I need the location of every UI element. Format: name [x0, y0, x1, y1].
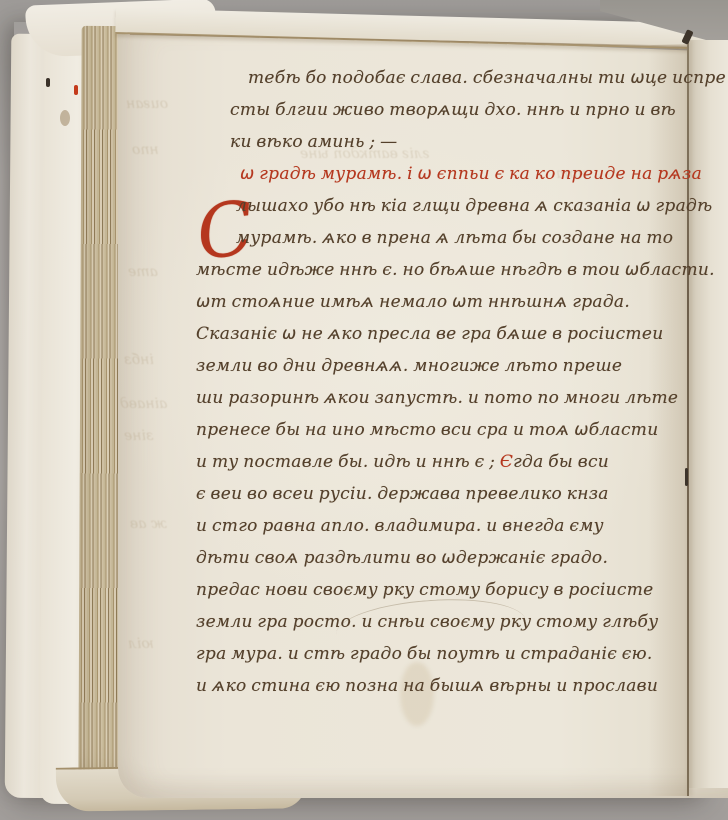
manuscript-line: є веи во всеи русіи. держава превелико к…	[196, 478, 682, 510]
text-segment: ши разоринѣ ѧкои запустѣ. и пото по мног…	[196, 388, 678, 408]
manuscript-line: и стго равна апло. владимира. и внегда є…	[196, 510, 682, 542]
text-segment: Є	[500, 452, 513, 472]
text-segment: гра мура. и стѣ градо бы поутѣ и страдан…	[196, 644, 653, 664]
text-segment: и стго равна апло. владимира. и внегда є…	[196, 516, 604, 536]
text-segment: и ту поставле бы. идѣ и ннѣ є ;	[196, 452, 500, 472]
manuscript-line: ши разоринѣ ѧкои запустѣ. и пото по мног…	[196, 382, 682, 414]
manuscript-line: и ѧко стина єю позна на бышѧ вѣрны и про…	[196, 670, 682, 702]
showthrough-fragment: ж ав	[130, 516, 167, 532]
text-segment: и ѧко стина єю позна на бышѧ вѣрны и про…	[196, 676, 658, 696]
edge-smudge	[60, 110, 70, 126]
manuscript-line: земли во дни древнѧѧ. многиже лѣто преше	[196, 350, 682, 382]
text-segment: гда бы вси	[513, 452, 609, 472]
showthrough-fragment: юіл	[128, 636, 154, 652]
manuscript-line: лышахо убо нѣ кіа глщи древна ѧ сказаніа…	[196, 190, 682, 222]
text-segment: є веи во всеи русіи. держава превелико к…	[196, 484, 609, 504]
showthrough-fragment: зіне	[124, 428, 154, 444]
text-segment: мѣсте идѣже ннѣ є. но бѣѧше нѣгдѣ в тои …	[196, 260, 715, 280]
showthrough-fragment: ате	[128, 264, 158, 280]
showthrough-fragment: оиған	[126, 96, 168, 112]
text-segment: Сказаніє ѡ не ѧко пресла ве гра бѧше в р…	[196, 324, 663, 344]
manuscript-line: мѣсте идѣже ннѣ є. но бѣѧше нѣгдѣ в тои …	[196, 254, 682, 286]
manuscript-line: дѣти своѧ раздѣлити во ѡдержаніє градо.	[196, 542, 682, 574]
fore-edge-dark-mark	[46, 78, 50, 87]
manuscript-line: тебѣ бо подобає слава. сбезначалны ти ѡц…	[196, 62, 682, 94]
showthrough-fragment: інбз	[124, 352, 154, 368]
gutter-crease	[687, 40, 689, 796]
text-segment: земли во дни древнѧѧ. многиже лѣто преше	[196, 356, 622, 376]
text-segment: мурамѣ. ѧко в прена ѧ лѣта бы создане на…	[236, 228, 673, 248]
manuscript-line: мурамѣ. ѧко в прена ѧ лѣта бы создане на…	[196, 222, 682, 254]
crease-notch	[685, 468, 688, 486]
text-segment: ѡт стоѧние имѣѧ немало ѡт ннѣшнѧ града.	[196, 292, 630, 312]
manuscript-line: Сказаніє ѡ не ѧко пресла ве гра бѧше в р…	[196, 318, 682, 350]
text-segment: земли гра росто. и снѣи своєму рку стому…	[196, 612, 658, 632]
manuscript-line: пренесе бы на ино мѣсто вси сра и тоѧ ѡб…	[196, 414, 682, 446]
text-segment: дѣти своѧ раздѣлити во ѡдержаніє градо.	[196, 548, 608, 568]
showthrough-fragment: аінавд	[120, 396, 167, 412]
facing-page-strip	[689, 40, 728, 788]
text-segment: лышахо убо нѣ кіа глщи древна ѧ сказаніа…	[236, 196, 712, 216]
text-segment: ѡ градѣ мурамѣ. і ѡ єппьи є ка ко преиде…	[240, 164, 702, 184]
manuscript-line: земли гра росто. и снѣи своєму рку стому…	[196, 606, 682, 638]
manuscript-photo: оиғаннпогліг ваткдоп ынентаатеінбзаінавд…	[0, 0, 728, 820]
manuscript-line: ѡ градѣ мурамѣ. і ѡ єппьи є ка ко преиде…	[196, 158, 682, 190]
manuscript-line: сты блгии живо творѧщи дхо. ннѣ и прно и…	[196, 94, 682, 126]
text-segment: тебѣ бо подобає слава. сбезначалны ти ѡц…	[248, 68, 726, 88]
manuscript-line: гра мура. и стѣ градо бы поутѣ и страдан…	[196, 638, 682, 670]
text-segment: ки вѣко аминь ; —	[230, 132, 397, 152]
text-segment: предас нови своєму рку стому борису в ро…	[196, 580, 654, 600]
text-block: тебѣ бо подобає слава. сбезначалны ти ѡц…	[196, 62, 682, 702]
manuscript-line: ки вѣко аминь ; —	[196, 126, 682, 158]
manuscript-line: ѡт стоѧние имѣѧ немало ѡт ннѣшнѧ града.	[196, 286, 682, 318]
text-segment: сты блгии живо творѧщи дхо. ннѣ и прно и…	[230, 100, 676, 120]
showthrough-fragment: нпо	[132, 142, 159, 158]
fore-edge-red-mark	[74, 85, 78, 95]
manuscript-line: и ту поставле бы. идѣ и ннѣ є ; Єгда бы …	[196, 446, 682, 478]
manuscript-line: предас нови своєму рку стому борису в ро…	[196, 574, 682, 606]
text-segment: пренесе бы на ино мѣсто вси сра и тоѧ ѡб…	[196, 420, 658, 440]
